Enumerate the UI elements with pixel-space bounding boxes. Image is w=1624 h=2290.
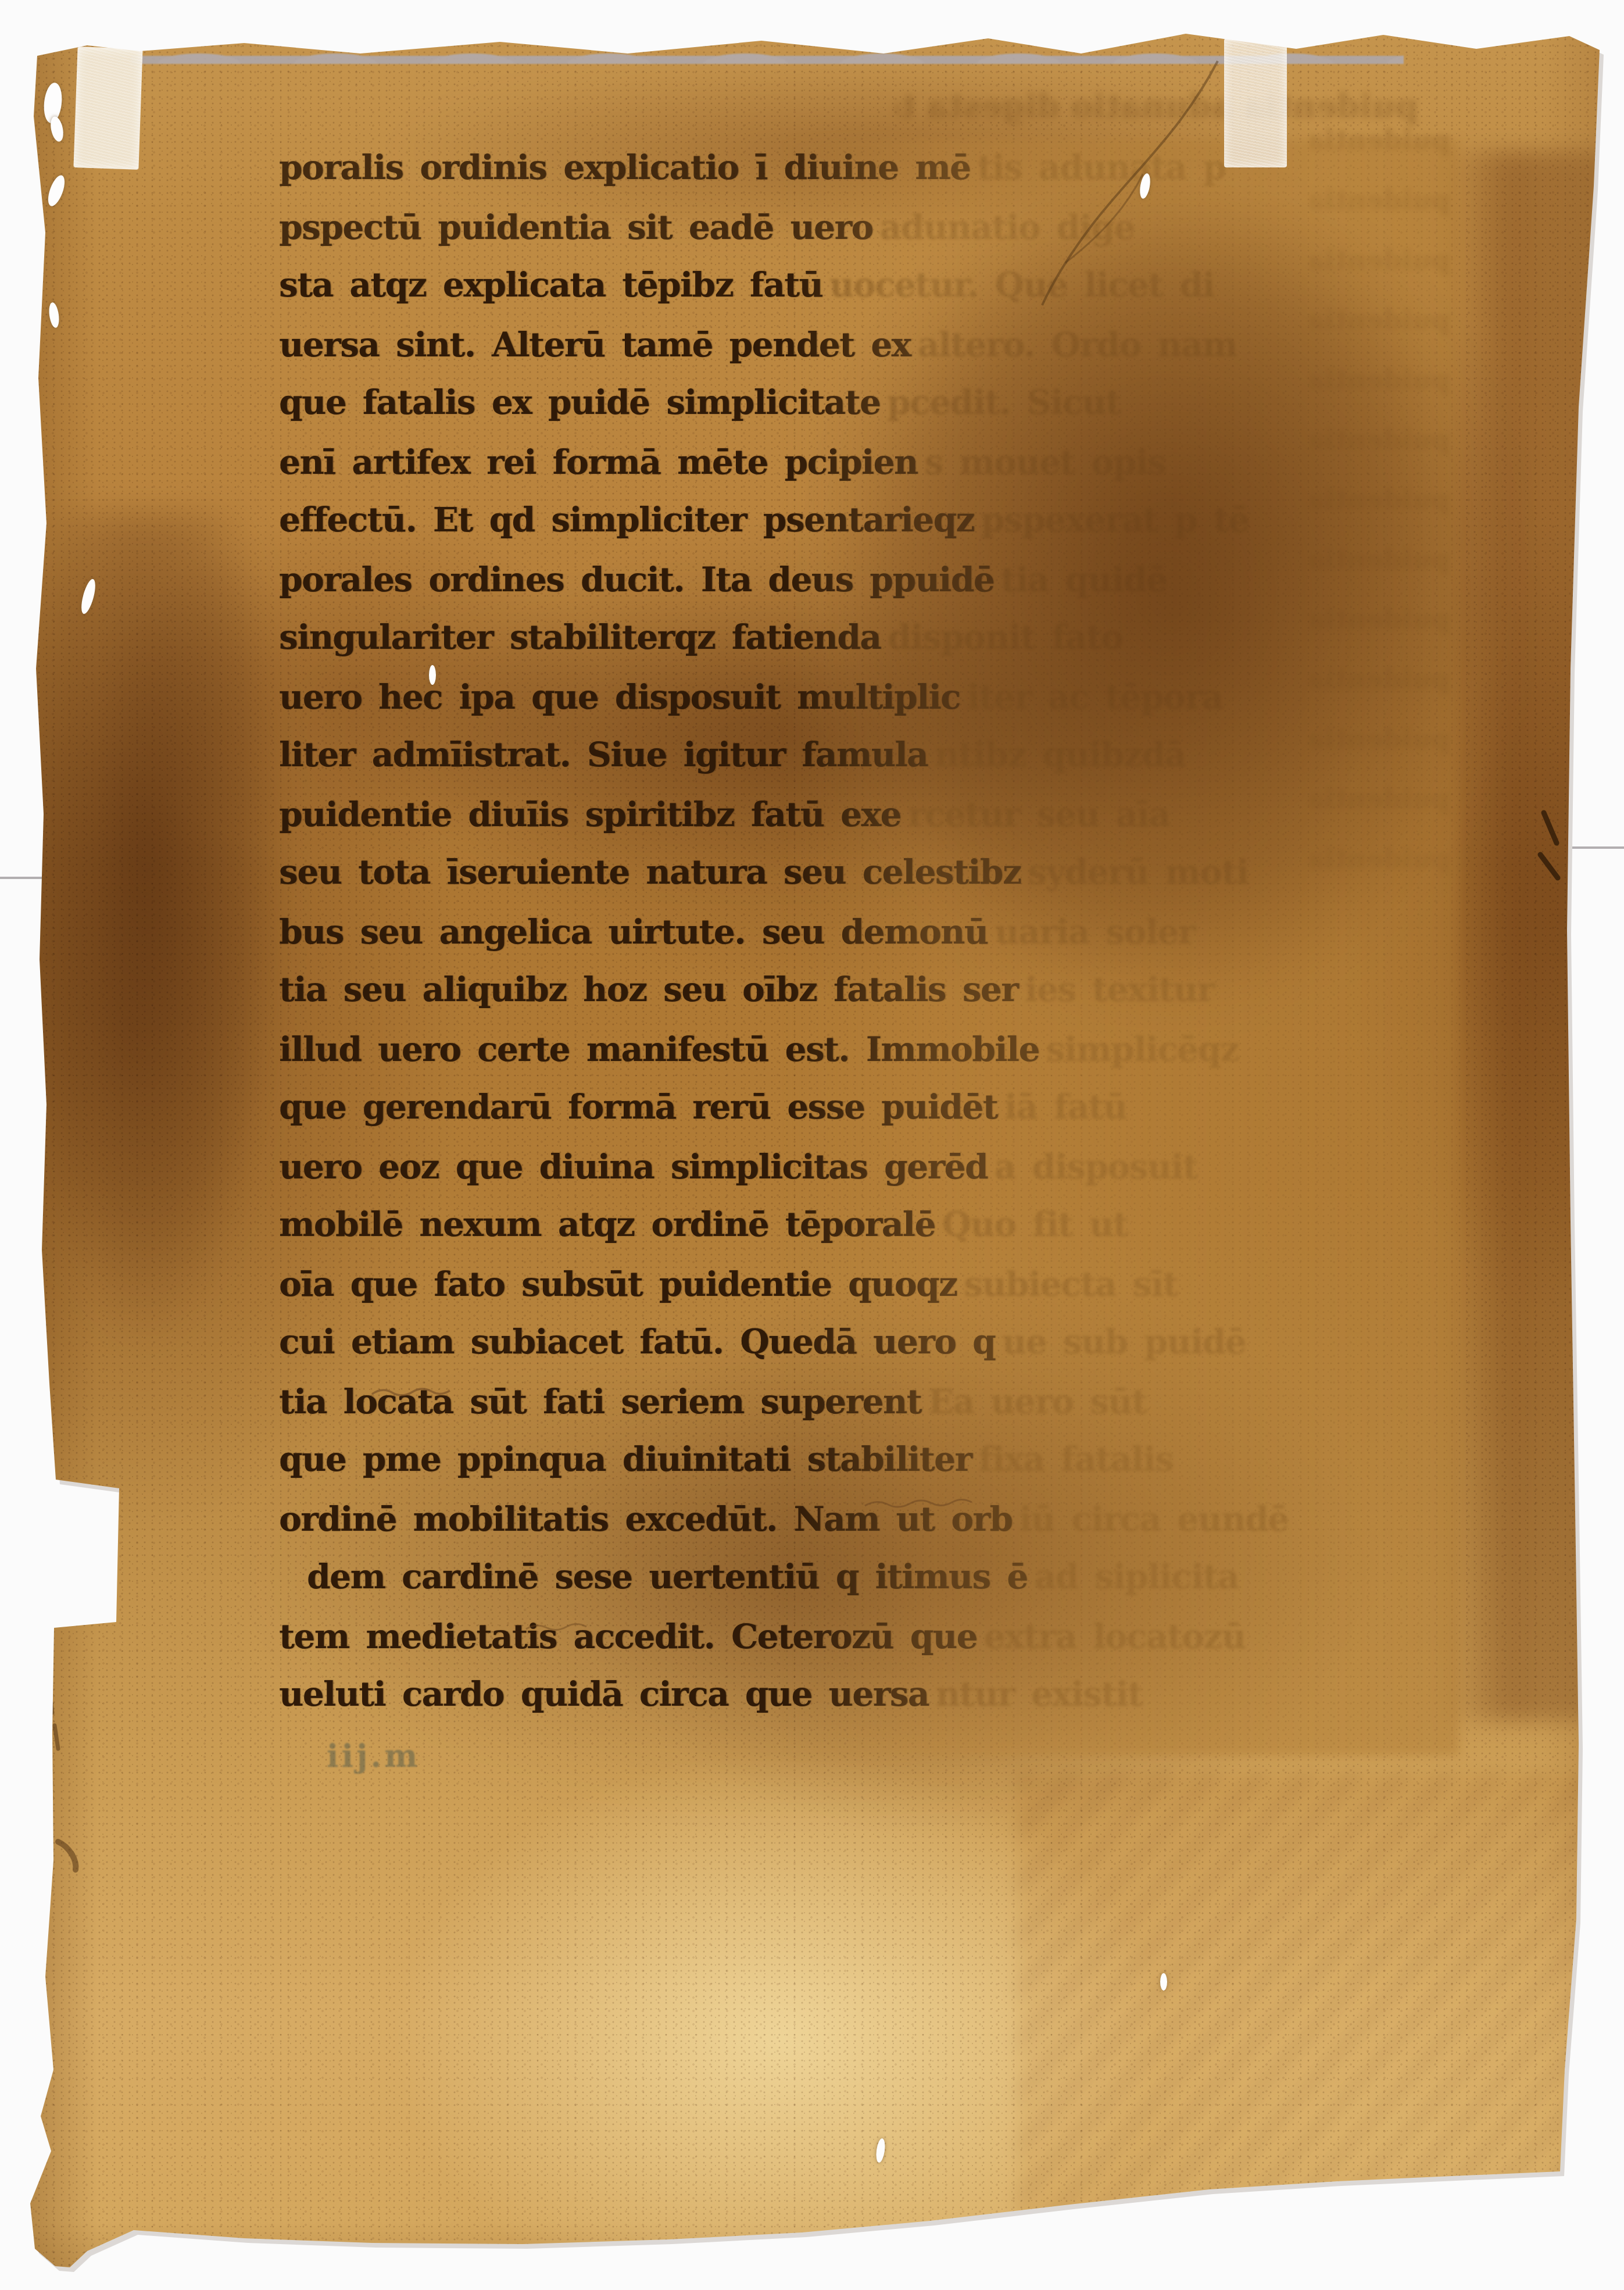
line-text-faded: pcedit. Sicut xyxy=(887,383,1120,422)
manuscript-line: dem cardinē sese uertentiū q itimus ēad … xyxy=(307,1548,1476,1606)
line-text: effectū. Et qd simpliciter psentarieqz xyxy=(279,500,974,540)
line-text: tia seu aliquibz hoz seu oībz fatalis se… xyxy=(279,970,1018,1009)
line-text-faded: simplicēqz xyxy=(1046,1030,1239,1069)
manuscript-line: tia seu aliquibz hoz seu oībz fatalis se… xyxy=(279,960,1476,1019)
manuscript-line: uero eoz que diuina simplicitas gerēda d… xyxy=(279,1138,1476,1196)
scanner-artifact-line-right xyxy=(1569,846,1624,849)
fore-edge-ink-mark xyxy=(1540,813,1558,878)
line-text: sta atqz explicata tēpibz fatū xyxy=(279,265,822,305)
manuscript-line: singulariter stabiliterqz fatiendadispon… xyxy=(279,608,1476,667)
ghost-line: puidentia adunatio digesta tēporibz fatū xyxy=(895,74,1418,138)
line-text: que fatalis ex puidē simplicitate xyxy=(279,383,880,422)
line-text-faded: ntur existit xyxy=(936,1674,1143,1714)
line-text: puidentie diuīis spiritibz fatū exe xyxy=(279,795,901,834)
line-text: que pme ppinqua diuinitati stabiliter xyxy=(279,1439,971,1479)
tape-strip-right xyxy=(1224,38,1287,167)
line-text-faded: ntibz quibzdā xyxy=(935,735,1186,774)
manuscript-line: sta atqz explicata tēpibz fatūuocetur. Q… xyxy=(279,256,1476,315)
manuscript-line: mobilē nexum atqz ordinē tēporalēQuo fit… xyxy=(279,1195,1476,1254)
line-text-faded: adunatio dige xyxy=(880,208,1135,247)
line-text: que gerendarū formā rerū esse puidēt xyxy=(279,1087,997,1127)
line-text: uero hec ipa que disposuit multiplic xyxy=(279,677,960,717)
left-edge-smudge xyxy=(49,1687,58,1749)
line-text-faded: uocetur. Que licet di xyxy=(829,265,1214,305)
scanner-artifact-line-left xyxy=(0,877,45,879)
line-text-faded: a disposuit xyxy=(995,1147,1197,1187)
quire-signature: iij.m xyxy=(327,1737,421,1774)
scanned-page: puidentia adunatio digesta tēporibz fatū… xyxy=(0,0,1624,2290)
line-text-faded: pspexerat p tē xyxy=(981,500,1249,540)
line-text-faded: rcetur seu aīa xyxy=(908,795,1170,834)
line-text: cui etiam subiacet fatū. Quedā uero q xyxy=(279,1322,995,1362)
tear-hole xyxy=(875,2138,886,2163)
manuscript-line: uersa sint. Alterū tamē pendet exaltero.… xyxy=(279,316,1476,374)
manuscript-line: que fatalis ex puidē simplicitatepcedit.… xyxy=(279,373,1476,432)
line-text: seu tota īseruiente natura seu celestibz xyxy=(279,852,1021,892)
line-text: uero eoz que diuina simplicitas gerēd xyxy=(279,1147,988,1187)
line-text: singulariter stabiliterqz fatienda xyxy=(279,617,881,657)
line-text-faded: fixa fatalis xyxy=(978,1439,1173,1479)
line-text: liter admīistrat. Siue igitur famula xyxy=(279,735,928,774)
manuscript-line: tia locata sūt fati seriem superentEa ue… xyxy=(279,1373,1476,1431)
line-text: tia locata sūt fati seriem superent xyxy=(279,1382,921,1421)
line-text-faded: subiecta sīt xyxy=(964,1264,1178,1304)
line-text-faded: uaria soler xyxy=(995,912,1194,952)
line-text-faded: iter ac tēpora xyxy=(967,677,1223,717)
text-block: poralis ordinis explicatio ī diuine mēti… xyxy=(279,138,1476,1724)
manuscript-line: seu tota īseruiente natura seu celestibz… xyxy=(279,843,1476,902)
line-text: ueluti cardo quidā circa que uersa xyxy=(279,1674,929,1714)
manuscript-line: illud uero certe manifestū est. Immobile… xyxy=(279,1020,1476,1079)
manuscript-line: enī artifex rei formā mēte pcipiens moue… xyxy=(279,433,1476,492)
line-text-faded: s mouet opis xyxy=(925,442,1166,482)
line-text: ordinē mobilitatis excedūt. Nam ut orb xyxy=(279,1499,1013,1539)
line-text-faded: extra locatozū xyxy=(984,1617,1246,1656)
line-text: enī artifex rei formā mēte pcipien xyxy=(279,442,918,482)
tape-strip-left xyxy=(73,47,142,170)
line-text: pspectū puidentia sit eadē uero xyxy=(279,208,873,247)
manuscript-line: porales ordines ducit. Ita deus ppuidēti… xyxy=(279,551,1476,609)
manuscript-line: que pme ppinqua diuinitati stabiliterfix… xyxy=(279,1430,1476,1489)
bleed-through-text-top: puidentia adunatio digesta tēporibz fatū xyxy=(895,74,1418,144)
line-text-faded: altero. Ordo nam xyxy=(918,325,1237,365)
line-text: oīa que fato subsūt puidentie quoqz xyxy=(279,1264,957,1304)
edge-tear-hole xyxy=(45,173,68,208)
line-text-faded: tia quidē xyxy=(1001,560,1167,599)
line-text-faded: Ea uero sūt xyxy=(928,1382,1147,1421)
curled-top-edge-sliver xyxy=(131,45,1404,64)
line-text: tem medietatis accedit. Ceterozū que xyxy=(279,1617,977,1656)
line-text-faded: Quo fit ut xyxy=(942,1205,1128,1244)
line-text: porales ordines ducit. Ita deus ppuidē xyxy=(279,560,994,599)
manuscript-line: effectū. Et qd simpliciter psentarieqzps… xyxy=(279,491,1476,549)
line-text-faded: iā fatū xyxy=(1004,1087,1127,1127)
line-text: illud uero certe manifestū est. Immobile xyxy=(279,1030,1039,1069)
edge-tear-hole xyxy=(49,115,66,142)
manuscript-line: puidentie diuīis spiritibz fatū exercetu… xyxy=(279,785,1476,844)
line-text: bus seu angelica uirtute. seu demonū xyxy=(279,912,988,952)
manuscript-line: pspectū puidentia sit eadē ueroadunatio … xyxy=(279,198,1476,257)
manuscript-line: uero hec ipa que disposuit multipliciter… xyxy=(279,668,1476,727)
left-edge-smudge xyxy=(58,1842,76,1870)
line-text-faded: disponit fato xyxy=(888,617,1122,657)
stain-bottom-diagonal-streaks xyxy=(1017,1773,1598,2238)
manuscript-line: que gerendarū formā rerū esse puidētiā f… xyxy=(279,1078,1476,1137)
line-text-faded: ies texitur xyxy=(1025,970,1214,1009)
line-text-faded: ad siplicita xyxy=(1035,1557,1239,1596)
parchment-leaf: puidentia adunatio digesta tēporibz fatū… xyxy=(0,0,1624,2290)
manuscript-line: bus seu angelica uirtute. seu demonūuari… xyxy=(279,903,1476,962)
manuscript-line: liter admīistrat. Siue igitur famulantib… xyxy=(279,726,1476,784)
manuscript-line: ueluti cardo quidā circa que uersantur e… xyxy=(279,1665,1476,1724)
manuscript-line: poralis ordinis explicatio ī diuine mēti… xyxy=(279,138,1476,197)
line-text: poralis ordinis explicatio ī diuine mē xyxy=(279,148,970,187)
manuscript-line: cui etiam subiacet fatū. Quedā uero que … xyxy=(279,1313,1476,1371)
line-text-faded: syderū moti xyxy=(1028,852,1248,892)
line-text: mobilē nexum atqz ordinē tēporalē xyxy=(279,1205,935,1244)
stain-left-band xyxy=(23,512,296,1663)
manuscript-line: ordinē mobilitatis excedūt. Nam ut orbiū… xyxy=(279,1490,1476,1549)
edge-tear-hole xyxy=(78,578,98,616)
edge-tear-hole xyxy=(48,302,60,328)
line-text: dem cardinē sese uertentiū q itimus ē xyxy=(307,1557,1028,1596)
line-text-faded: tis adunata p xyxy=(977,148,1225,187)
line-text-faded: ue sub puidē xyxy=(1002,1322,1246,1362)
manuscript-line: tem medietatis accedit. Ceterozū queextr… xyxy=(279,1607,1476,1666)
line-text-faded: iū circa eundē xyxy=(1020,1499,1289,1539)
line-text: uersa sint. Alterū tamē pendet ex xyxy=(279,325,911,365)
tear-hole xyxy=(429,665,436,685)
manuscript-line: oīa que fato subsūt puidentie quoqzsubie… xyxy=(279,1255,1476,1314)
tear-hole xyxy=(1160,1973,1167,1991)
